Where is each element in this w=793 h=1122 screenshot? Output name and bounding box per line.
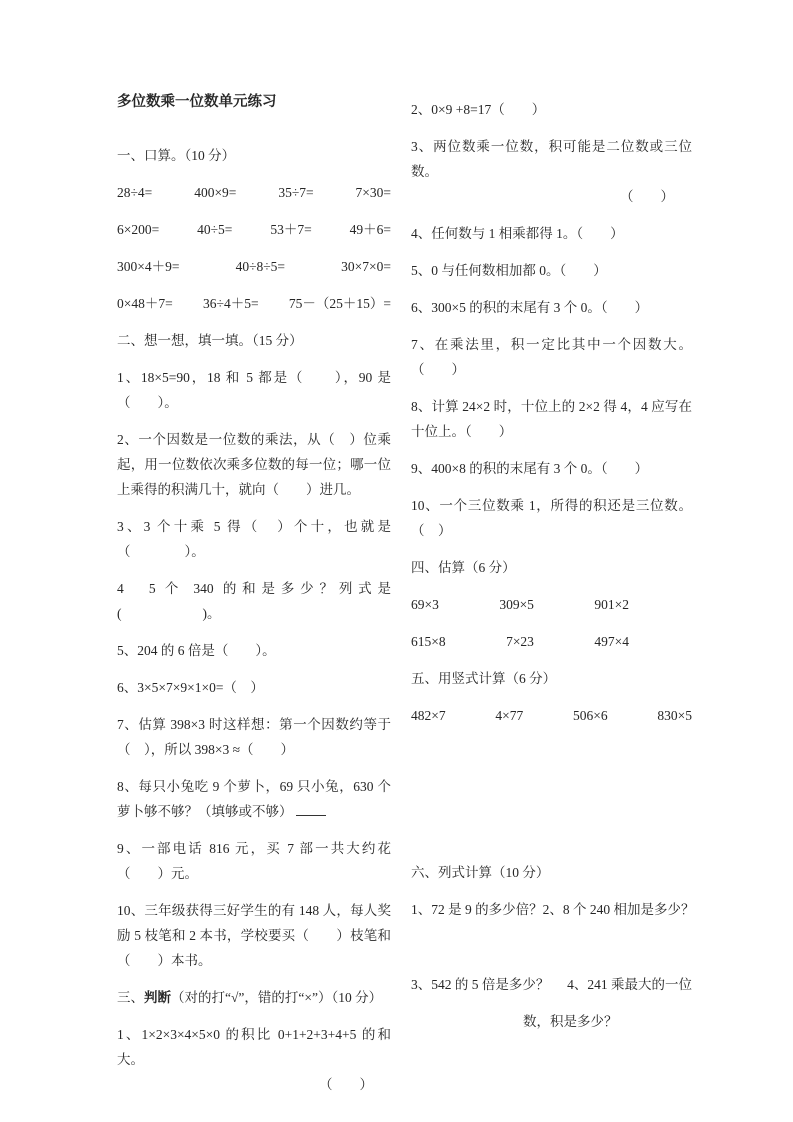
problem-text: 1、18×5=90，18 和 5 都是（ ），90 是（ ）。 — [117, 365, 391, 415]
math-row: 69×3309×5901×2 — [411, 592, 629, 617]
text-segment: 多位数乘一位数单元练习 — [117, 94, 277, 110]
math-expression: 615×8 — [411, 629, 446, 654]
text-segment: 9、一部电话 816 元，买 7 部一共大约花（ ）元。 — [117, 841, 391, 881]
math-expression: 506×6 — [573, 703, 608, 728]
math-expression: 482×7 — [411, 703, 446, 728]
text-segment: 四、估算（6 分） — [411, 560, 516, 575]
text-segment: 3、两位数乘一位数，积可能是二位数或三位数。 — [411, 139, 692, 179]
text-segment: 6、300×5 的积的末尾有 3 个 0。（ ） — [411, 300, 648, 315]
math-expression: 4、241 乘最大的一位 — [567, 972, 692, 997]
math-expression: 309×5 — [499, 592, 534, 617]
problem-text: 数，积是多少？ — [411, 1009, 692, 1034]
problem-text: 3、两位数乘一位数，积可能是二位数或三位数。 — [411, 134, 692, 184]
text-segment: 一、口算。（10 分） — [117, 148, 235, 163]
text-segment: 2、一个因数是一位数的乘法，从（ ）位乘起，用一位数依次乘多位数的每一位；哪一位… — [117, 432, 391, 497]
problem-text: 四、估算（6 分） — [411, 555, 692, 580]
problem-text: 9、400×8 的积的末尾有 3 个 0。（ ） — [411, 456, 692, 481]
section-label: 判断 — [144, 990, 171, 1005]
problem-text: 1、1×2×3×4×5×0 的积比 0+1+2+3+4+5 的和大。 — [117, 1022, 391, 1072]
problem-text: 五、用竖式计算（6 分） — [411, 666, 692, 691]
problem-text: 2、一个因数是一位数的乘法，从（ ）位乘起，用一位数依次乘多位数的每一位；哪一位… — [117, 427, 391, 502]
right-column: 2、0×9 +8=17（ ）3、两位数乘一位数，积可能是二位数或三位数。（ ）4… — [411, 90, 692, 1109]
math-expression: 40÷5= — [197, 217, 232, 242]
math-expression: 53＋7= — [270, 217, 311, 242]
text-segment: 数，积是多少？ — [523, 1014, 618, 1029]
problem-text: 3、3 个十乘 5 得（ ）个十，也就是（ ）。 — [117, 514, 391, 564]
math-expression: 69×3 — [411, 592, 439, 617]
math-expression: 49＋6= — [350, 217, 391, 242]
math-expression: 7×23 — [506, 629, 534, 654]
text-segment: 6、3×5×7×9×1×0=（ ） — [117, 680, 264, 695]
answer-parens: （ ） — [117, 1072, 391, 1097]
text-segment: 10、三年级获得三好学生的有 148 人，每人奖励 5 枝笔和 2 本书，学校要… — [117, 903, 391, 968]
text-segment: 4、任何数与 1 相乘都得 1。（ ） — [411, 226, 624, 241]
problem-text: 三、判断（对的打“√”，错的打“×”）（10 分） — [117, 985, 391, 1010]
text-segment: 7、估算 398×3 时这样想：第一个因数约等于（ ），所以 398×3 ≈（ … — [117, 717, 391, 757]
math-expression: 3、542 的 5 倍是多少？ — [411, 972, 549, 997]
text-segment: 三、 — [117, 990, 144, 1005]
math-expression: 0×48＋7= — [117, 291, 173, 316]
text-segment: 1、18×5=90，18 和 5 都是（ ），90 是（ ）。 — [117, 370, 391, 410]
answer-workspace — [411, 740, 692, 860]
answer-blank — [296, 811, 326, 816]
math-expression: 28÷4= — [117, 180, 152, 205]
math-expression: 300×4＋9= — [117, 254, 179, 279]
text-segment: 4 5 个 340 的和是多少？列式是( )。 — [117, 581, 391, 621]
math-expression: 7×30= — [356, 180, 391, 205]
text-segment: 二、想一想，填一填。（15 分） — [117, 333, 303, 348]
math-row: 0×48＋7=36÷4＋5=75－（25＋15）= — [117, 291, 391, 316]
text-segment: 五、用竖式计算（6 分） — [411, 671, 556, 686]
text-segment: 2、0×9 +8=17（ ） — [411, 102, 545, 117]
math-row: 6×200=40÷5=53＋7=49＋6= — [117, 217, 391, 242]
problem-text: 7、在乘法里，积一定比其中一个因数大。（ ） — [411, 332, 692, 382]
problem-text: 6、3×5×7×9×1×0=（ ） — [117, 675, 391, 700]
problem-text: 6、300×5 的积的末尾有 3 个 0。（ ） — [411, 295, 692, 320]
text-segment: 1、1×2×3×4×5×0 的积比 0+1+2+3+4+5 的和大。 — [117, 1027, 391, 1067]
problem-text: 8、每只小兔吃 9 个萝卜，69 只小兔，630 个萝卜够不够？（填够或不够） — [117, 774, 391, 824]
text-segment: （对的打“√”，错的打“×”）（10 分） — [171, 990, 382, 1005]
math-expression: 1、72 是 9 的多少倍？ — [411, 897, 543, 922]
answer-workspace — [411, 934, 692, 972]
math-expression: 400×9= — [194, 180, 236, 205]
text-segment: 10、一个三位数乘 1，所得的积还是三位数。（ ） — [411, 498, 692, 538]
math-expression: 36÷4＋5= — [203, 291, 259, 316]
problem-text: 2、0×9 +8=17（ ） — [411, 97, 692, 122]
problem-text: 4 5 个 340 的和是多少？列式是( )。 — [117, 576, 391, 626]
worksheet-columns: 多位数乘一位数单元练习一、口算。（10 分）28÷4=400×9=35÷7=7×… — [0, 0, 793, 1109]
left-column: 多位数乘一位数单元练习一、口算。（10 分）28÷4=400×9=35÷7=7×… — [117, 90, 391, 1109]
math-row: 3、542 的 5 倍是多少？4、241 乘最大的一位 — [411, 972, 692, 997]
math-row: 482×74×77506×6830×5 — [411, 703, 692, 728]
text-segment: 3、3 个十乘 5 得（ ）个十，也就是（ ）。 — [117, 519, 391, 559]
text-segment: 六、列式计算（10 分） — [411, 865, 549, 880]
math-expression: 830×5 — [657, 703, 692, 728]
math-row: 28÷4=400×9=35÷7=7×30= — [117, 180, 391, 205]
math-row: 615×87×23497×4 — [411, 629, 629, 654]
math-expression: 497×4 — [594, 629, 629, 654]
math-expression: 4×77 — [495, 703, 523, 728]
text-segment: 9、400×8 的积的末尾有 3 个 0。（ ） — [411, 461, 648, 476]
problem-text: 一、口算。（10 分） — [117, 143, 391, 168]
problem-text: 10、一个三位数乘 1，所得的积还是三位数。（ ） — [411, 493, 692, 543]
math-expression: 30×7×0= — [341, 254, 391, 279]
text-segment: 7、在乘法里，积一定比其中一个因数大。（ ） — [411, 337, 692, 377]
text-segment: 5、204 的 6 倍是（ ）。 — [117, 643, 276, 658]
text-segment: 8、每只小兔吃 9 个萝卜，69 只小兔，630 个萝卜够不够？（填够或不够） — [117, 779, 391, 819]
math-expression: 6×200= — [117, 217, 159, 242]
problem-text: 二、想一想，填一填。（15 分） — [117, 328, 391, 353]
math-expression: 901×2 — [594, 592, 629, 617]
text-segment: 5、0 与任何数相加都 0。（ ） — [411, 263, 607, 278]
math-expression: 40÷8÷5= — [236, 254, 285, 279]
problem-text: 9、一部电话 816 元，买 7 部一共大约花（ ）元。 — [117, 836, 391, 886]
math-row: 1、72 是 9 的多少倍？2、8 个 240 相加是多少？ — [411, 897, 692, 922]
problem-text: 7、估算 398×3 时这样想：第一个因数约等于（ ），所以 398×3 ≈（ … — [117, 712, 391, 762]
math-expression: 2、8 个 240 相加是多少？ — [543, 897, 695, 922]
math-row: 300×4＋9=40÷8÷5=30×7×0= — [117, 254, 391, 279]
text-segment: 8、计算 24×2 时，十位上的 2×2 得 4，4 应写在十位上。（ ） — [411, 399, 692, 439]
problem-text: 8、计算 24×2 时，十位上的 2×2 得 4，4 应写在十位上。（ ） — [411, 394, 692, 444]
problem-text: 5、0 与任何数相加都 0。（ ） — [411, 258, 692, 283]
problem-text: 10、三年级获得三好学生的有 148 人，每人奖励 5 枝笔和 2 本书，学校要… — [117, 898, 391, 973]
math-expression: 35÷7= — [278, 180, 313, 205]
problem-text: 4、任何数与 1 相乘都得 1。（ ） — [411, 221, 692, 246]
math-expression: 75－（25＋15）= — [289, 291, 391, 316]
answer-parens: （ ） — [411, 184, 692, 209]
worksheet-page: 多位数乘一位数单元练习一、口算。（10 分）28÷4=400×9=35÷7=7×… — [0, 0, 793, 1122]
problem-text: 5、204 的 6 倍是（ ）。 — [117, 638, 391, 663]
problem-text: 六、列式计算（10 分） — [411, 860, 692, 885]
worksheet-title: 多位数乘一位数单元练习 — [117, 90, 391, 115]
